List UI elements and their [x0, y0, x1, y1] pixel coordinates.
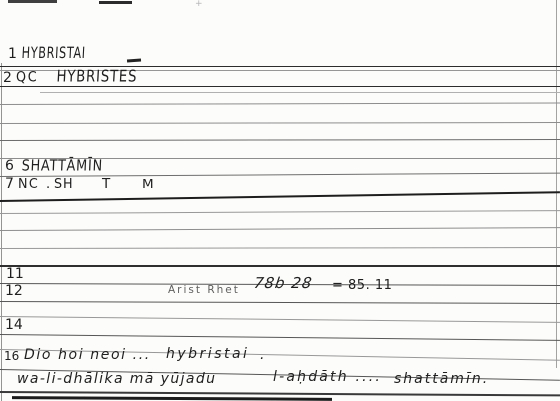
ruled-line: [0, 301, 560, 304]
entry-17-arabic-term: shattāmīn.: [394, 372, 489, 386]
entry-7-number: 7: [5, 177, 14, 191]
ruled-line: [0, 316, 560, 323]
entry-2-number: 2: [3, 71, 12, 85]
entry-12-locus: 78b 28: [253, 276, 314, 291]
ruled-line: [0, 191, 560, 202]
entry-16-greek-term: hybristai: [166, 347, 249, 361]
entry-12-reference: = 85. 11: [332, 279, 392, 292]
registration-mark: +: [195, 0, 203, 9]
ruled-line: [40, 92, 560, 93]
entry-7-code: NC: [18, 177, 39, 191]
entry-1-term: HYBRISTAI: [21, 46, 86, 62]
entry-7-col2: T: [102, 177, 110, 191]
index-card: + 1 HYBRISTAI 2 QC HYBRISTES 6 SHATTĀMĪN…: [0, 0, 560, 401]
entry-2-term: HYBRISTES: [56, 69, 138, 85]
entry-11-number: 11: [6, 267, 24, 281]
ruled-line: [0, 210, 560, 214]
entry-16-greek-phrase: Dio hoi neoi ...: [24, 348, 151, 362]
entry-12-citation: Arist Rhet: [168, 285, 240, 296]
entry-16-number: 16: [4, 350, 19, 362]
entry-14-number: 14: [5, 318, 23, 332]
entry-7-dot: .: [46, 178, 50, 191]
card-left-edge: [1, 63, 2, 401]
dash-mark: [127, 59, 141, 62]
ruled-line: [0, 122, 560, 124]
entry-6-term: SHATTĀMĪN: [21, 158, 103, 173]
ruled-line: [0, 334, 560, 341]
card-right-edge: [556, 0, 557, 368]
top-edge-mark: [99, 1, 132, 4]
entry-6-number: 6: [5, 159, 14, 173]
entry-16-period: .: [260, 348, 264, 362]
ruled-line: [0, 139, 560, 141]
entry-7-col3: M: [142, 178, 154, 191]
top-edge-mark: [8, 0, 57, 3]
ruled-line: [0, 265, 560, 267]
ruled-line: [0, 247, 560, 249]
entry-7-col1: SH: [54, 177, 73, 191]
ruled-line: [0, 103, 560, 105]
entry-12-number: 12: [5, 284, 23, 298]
ruled-line: [0, 227, 560, 231]
entry-17-arabic-cont: l-aḥdāth ....: [273, 370, 382, 384]
entry-2-code: QC: [16, 70, 38, 84]
entry-1-number: 1: [8, 47, 17, 61]
entry-17-arabic-phrase: wa-li-dhālika mā yūjadu: [17, 372, 216, 386]
bottom-edge-smudge: [12, 396, 332, 401]
ruled-line: [0, 391, 560, 396]
